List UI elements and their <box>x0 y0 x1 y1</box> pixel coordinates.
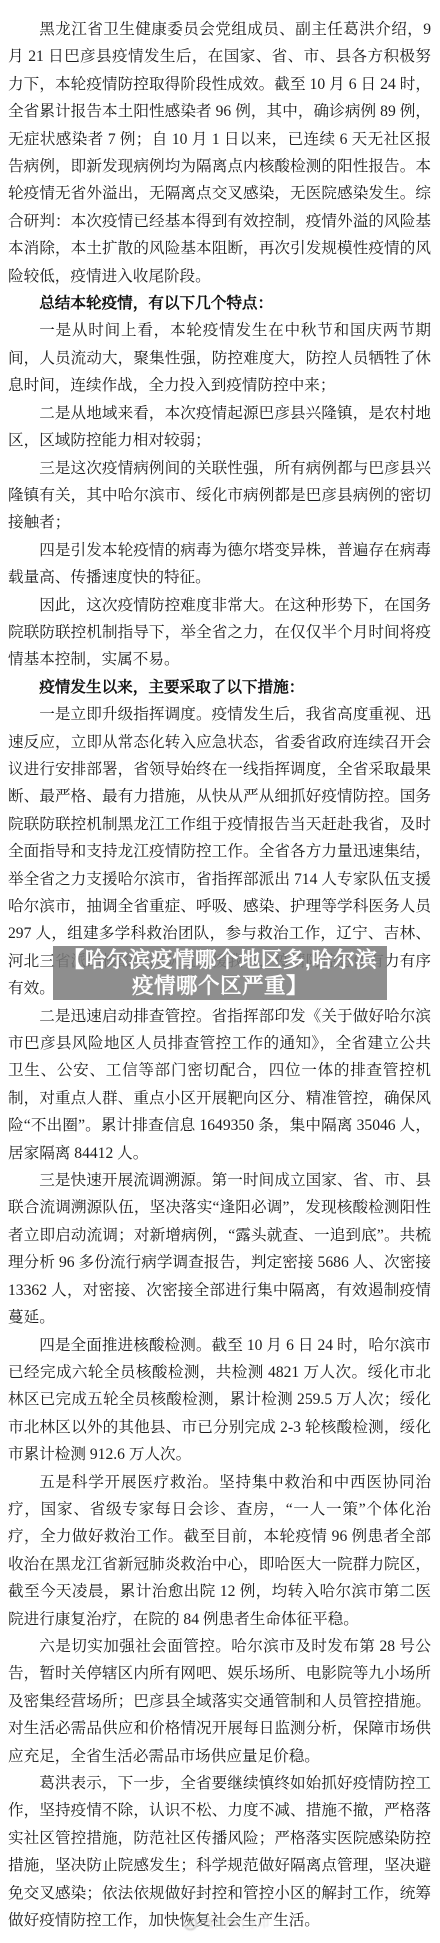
paragraph: 三是这次疫情病例间的关联性强，所有病例都与巴彦县兴隆镇有关，其中哈尔滨市、绥化市… <box>8 455 431 537</box>
bottom-watermark-text: 微博图片水印 <box>203 1915 269 1931</box>
paragraph: 二是迅速启动排查管控。省指挥部印发《关于做好哈尔滨市巴彦县风险地区人员排查管控工… <box>8 1003 431 1167</box>
paragraph: 六是切实加强社会面管控。哈尔滨市及时发布第 28 号公告，暂时关停辖区内所有网吧… <box>8 1633 431 1770</box>
paragraph: 五是科学开展医疗救治。坚持集中救治和中西医协同治疗，国家、省级专家每日会诊、查房… <box>8 1469 431 1633</box>
paragraph: 三是快速开展流调溯源。第一时间成立国家、省、市、县联合流调溯源队伍，坚决落实“逢… <box>8 1167 431 1331</box>
center-watermark-line2: 疫情哪个区严重】 <box>53 973 387 999</box>
paragraph: 四是全面推进核酸检测。截至 10 月 6 日 24 时，哈尔滨市已经完成六轮全员… <box>8 1332 431 1469</box>
paragraph: 葛洪表示，下一步，全省要继续慎终如始抓好疫情防控工作，坚持疫情不除，认识不松、力… <box>8 1770 431 1934</box>
center-watermark-overlay: 【哈尔滨疫情哪个地区多,哈尔滨 疫情哪个区严重】 <box>53 946 387 1000</box>
swirl-logo-icon <box>183 1916 198 1931</box>
bottom-watermark: 微博图片水印 <box>183 1915 269 1931</box>
center-watermark-line1: 【哈尔滨疫情哪个地区多,哈尔滨 <box>53 947 387 973</box>
paragraph: 二是从地域来看，本次疫情起源巴彦县兴隆镇，是农村地区，区域防控能力相对较弱； <box>8 400 431 455</box>
paragraph: 四是引发本轮疫情的病毒为德尔塔变异株，普遍存在病毒载量高、传播速度快的特征。 <box>8 537 431 592</box>
paragraph: 因此，这次疫情防控难度非常大。在这种形势下，在国务院联防联控机制指导下，举全省之… <box>8 592 431 674</box>
section-heading: 总结本轮疫情，有以下几个特点： <box>8 290 431 317</box>
article-page: 黑龙江省卫生健康委员会党组成员、副主任葛洪介绍，9 月 21 日巴彦县疫情发生后… <box>0 0 440 1943</box>
paragraph: 一是从时间上看，本轮疫情发生在中秋节和国庆两节期间，人员流动大，聚集性强，防控难… <box>8 317 431 399</box>
section-heading: 疫情发生以来，主要采取了以下措施： <box>8 674 431 701</box>
paragraph: 黑龙江省卫生健康委员会党组成员、副主任葛洪介绍，9 月 21 日巴彦县疫情发生后… <box>8 16 431 290</box>
